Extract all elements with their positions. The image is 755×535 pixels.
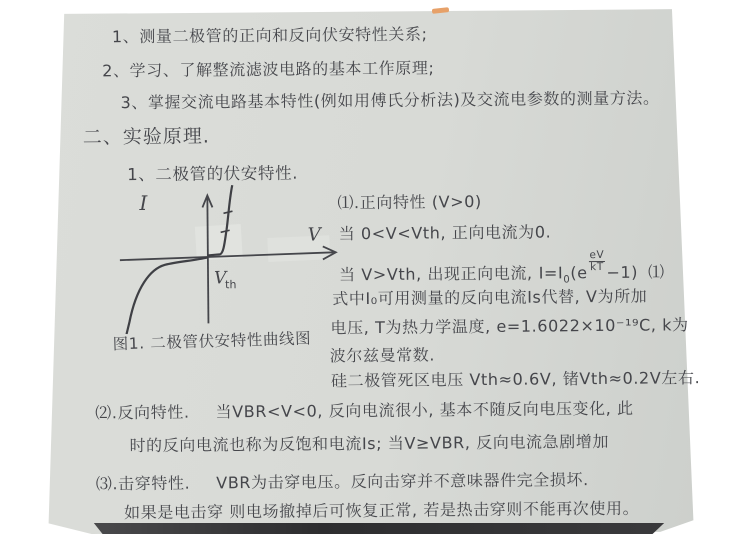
notebook-photo: 1、测量二极管的正向和反向伏安特性关系; 2、学习、了解整流滤波电路的基本工作原… [46,6,696,535]
diode-equation: I=I0(eeVkT−1) [538,250,638,286]
y-axis [207,197,208,323]
objective-line-2: 2、学习、了解整流滤波电路的基本工作原理; [102,55,434,81]
equation-number: ⑴ [648,262,665,281]
objective-line-1: 1、测量二极管的正向和反向伏安特性关系; [112,21,428,47]
forward-line-1: 当 0<V<Vth, 正向电流为0. [339,219,552,244]
exponent-denominator: kT [589,262,606,273]
breakdown-line-1-text: VBR为击穿电压。反向击穿并不意味器件完全损坏. [216,470,589,492]
equation-open: (e [570,263,587,282]
reverse-title: ⑵.反向特性. [95,403,190,423]
objective-line-3: 3、掌握交流电路基本特性(例如用傅氏分析法)及交流电参数的测量方法。 [120,85,659,113]
forward-line-3: 式中I₀可用测量的反向电流Is代替, V为所加 [332,284,647,310]
vth-label-sub: th [225,278,236,291]
subsection-title: 1、二极管的伏安特性. [127,160,298,185]
screenshot-stage: 1、测量二极管的正向和反向伏安特性关系; 2、学习、了解整流滤波电路的基本工作原… [0,0,755,535]
x-axis-label: V [308,224,323,245]
forward-line-5: 波尔兹曼常数. [330,342,435,366]
curve-tick-2 [223,211,232,213]
correction-tape-patch [267,235,330,262]
breakdown-line-1: ⑶.击穿特性.VBR为击穿电压。反向击穿并不意味器件完全损坏. [96,467,589,494]
section-heading: 二、实验原理. [83,121,210,149]
forward-line-2: 当 V>Vth, 出现正向电流,I=I0(eeVkT−1)⑴ [339,249,665,287]
forward-title: ⑴.正向特性 (V>0) [337,189,482,213]
iv-curve-figure: I V V th [107,182,348,334]
breakdown-title: ⑶.击穿特性. [96,474,191,494]
reverse-line-2: 时的反向电流也称为反饱和电流Is; 当V≥VBR, 反向电流急剧增加 [129,429,609,456]
equation-close: −1) [606,263,638,282]
reverse-line-1-text: 当VBR<V<0, 反向电流很小, 基本不随反向电压变化, 此 [216,399,634,422]
y-axis-label: I [138,191,148,215]
equation-lhs: I=I [539,263,564,282]
reverse-curve [126,257,209,334]
formula-intro: 当 V>Vth, 出现正向电流, [339,264,533,285]
breakdown-line-2: 如果是电击穿 则电场撤掉后可恢复正常, 若是热击穿则不能再次使用。 [124,496,639,523]
figure-caption: 图1. 二极管伏安特性曲线图 [112,326,311,354]
forward-line-6: 硅二极管死区电压 Vth≈0.6V, 锗Vth≈0.2V左右. [331,365,700,391]
forward-line-4: 电压, T为热力学温度, e=1.6022×10⁻¹⁹C, k为 [330,312,688,338]
handwritten-content: 1、测量二极管的正向和反向伏安特性关系; 2、学习、了解整流滤波电路的基本工作原… [44,3,699,535]
equation-exponent: eVkT [588,250,605,273]
reverse-line-1: ⑵.反向特性.当VBR<V<0, 反向电流很小, 基本不随反向电压变化, 此 [95,396,634,424]
